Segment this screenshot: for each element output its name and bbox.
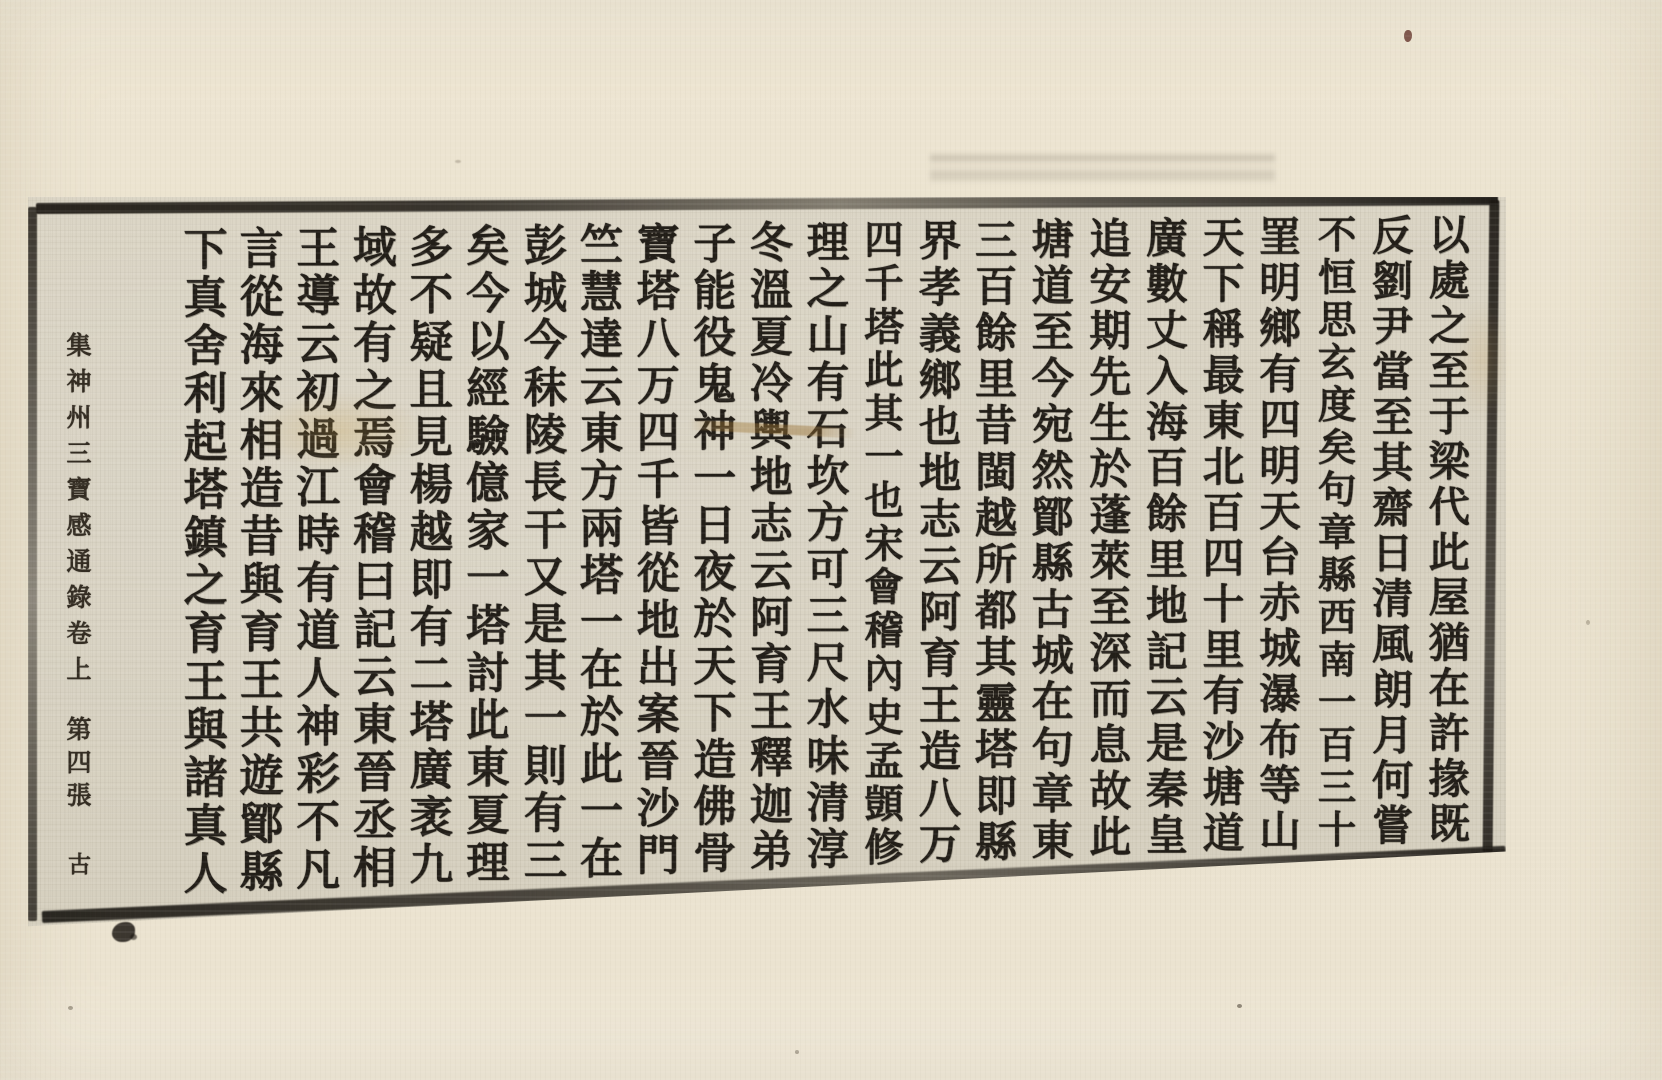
text-column: 矣今以經驗億家一塔討此東夏理 [457,223,512,887]
dust-speck [68,1006,73,1010]
text-column: 寶塔八万四千皆從地出案晉沙門 [627,221,682,880]
text-column: 下真舍利起塔鎮之育王與諸真人 [174,226,229,899]
ink-bleed-ghost [930,142,1275,200]
text-columns: 以處之至于梁代此屋猶在許掾既反劉尹當至其齋日清風朗月何嘗不恒思玄度矣句章縣西南一… [174,213,1474,913]
text-column: 塘道至今宛然鄮縣古城在句章東 [1023,217,1078,863]
colophon-title: 集神州三寶感通錄卷上 [58,332,96,692]
scanned-page: 以處之至于梁代此屋猶在許掾既反劉尹當至其齋日清風朗月何嘗不恒思玄度矣句章縣西南一… [0,0,1662,1080]
text-column: 域故有之焉會稽曰記云東晉丞相 [344,224,399,891]
text-column: 言從海來相造昔與育王共遊鄮縣 [231,226,286,897]
text-column: 子能役鬼神一日夜於天下造佛骨 [683,221,738,878]
frame-border-top [36,194,1498,214]
printed-sheet: 以處之至于梁代此屋猶在許掾既反劉尹當至其齋日清風朗月何嘗不恒思玄度矣句章縣西南一… [28,197,1506,945]
text-column: 彭城今秣陵長干又是其一則有三 [513,223,568,885]
text-column: 罣明鄉有四明天台赤城瀑布等山 [1249,215,1304,854]
dust-speck [1586,620,1590,625]
dust-speck [795,1050,799,1054]
text-column: 竺慧達云東方兩塔一在於此一在 [570,222,625,882]
dust-speck [455,160,461,163]
text-column: 四千塔此其一也宋會稽內史孟顗修 [853,219,908,871]
text-column: 不恒思玄度矣句章縣西南一百三十 [1306,214,1361,852]
text-column: 界孝義鄉也地志云阿育王造八万 [910,218,965,868]
text-column: 以處之至于梁代此屋猶在許掾既 [1419,213,1474,847]
text-column: 冬溫夏冷輿地志云阿育王釋迦弟 [740,220,795,875]
text-column: 王導云初過江時有道人神彩不凡 [287,225,342,894]
sheet-left-edge [28,207,37,921]
text-column: 追安期先生於蓬萊至深而息故此 [1079,217,1134,862]
paper-speck [1404,30,1412,42]
text-column: 天下稱最東北百四十里有沙塘道 [1192,215,1247,856]
colophon-sheet-number: 第四張 [58,716,96,815]
colophon-case-mark: 古 [58,852,96,875]
text-column: 廣數丈入海百餘里地記云是秦皇 [1136,216,1191,859]
text-column: 反劉尹當至其齋日清風朗月何嘗 [1362,214,1417,850]
text-column: 三百餘里昔閩越所都其靈塔即縣 [966,218,1021,866]
ink-smudge [112,922,135,942]
frame-border-right [1483,200,1500,852]
text-column: 多不疑且見楊越即有二塔廣袤九 [400,224,455,890]
dust-speck [1237,1004,1242,1008]
colophon: 集神州三寶感通錄卷上 第四張 古 [58,332,98,897]
text-column: 理之山有石坎方可三尺水味清淳 [796,220,851,873]
